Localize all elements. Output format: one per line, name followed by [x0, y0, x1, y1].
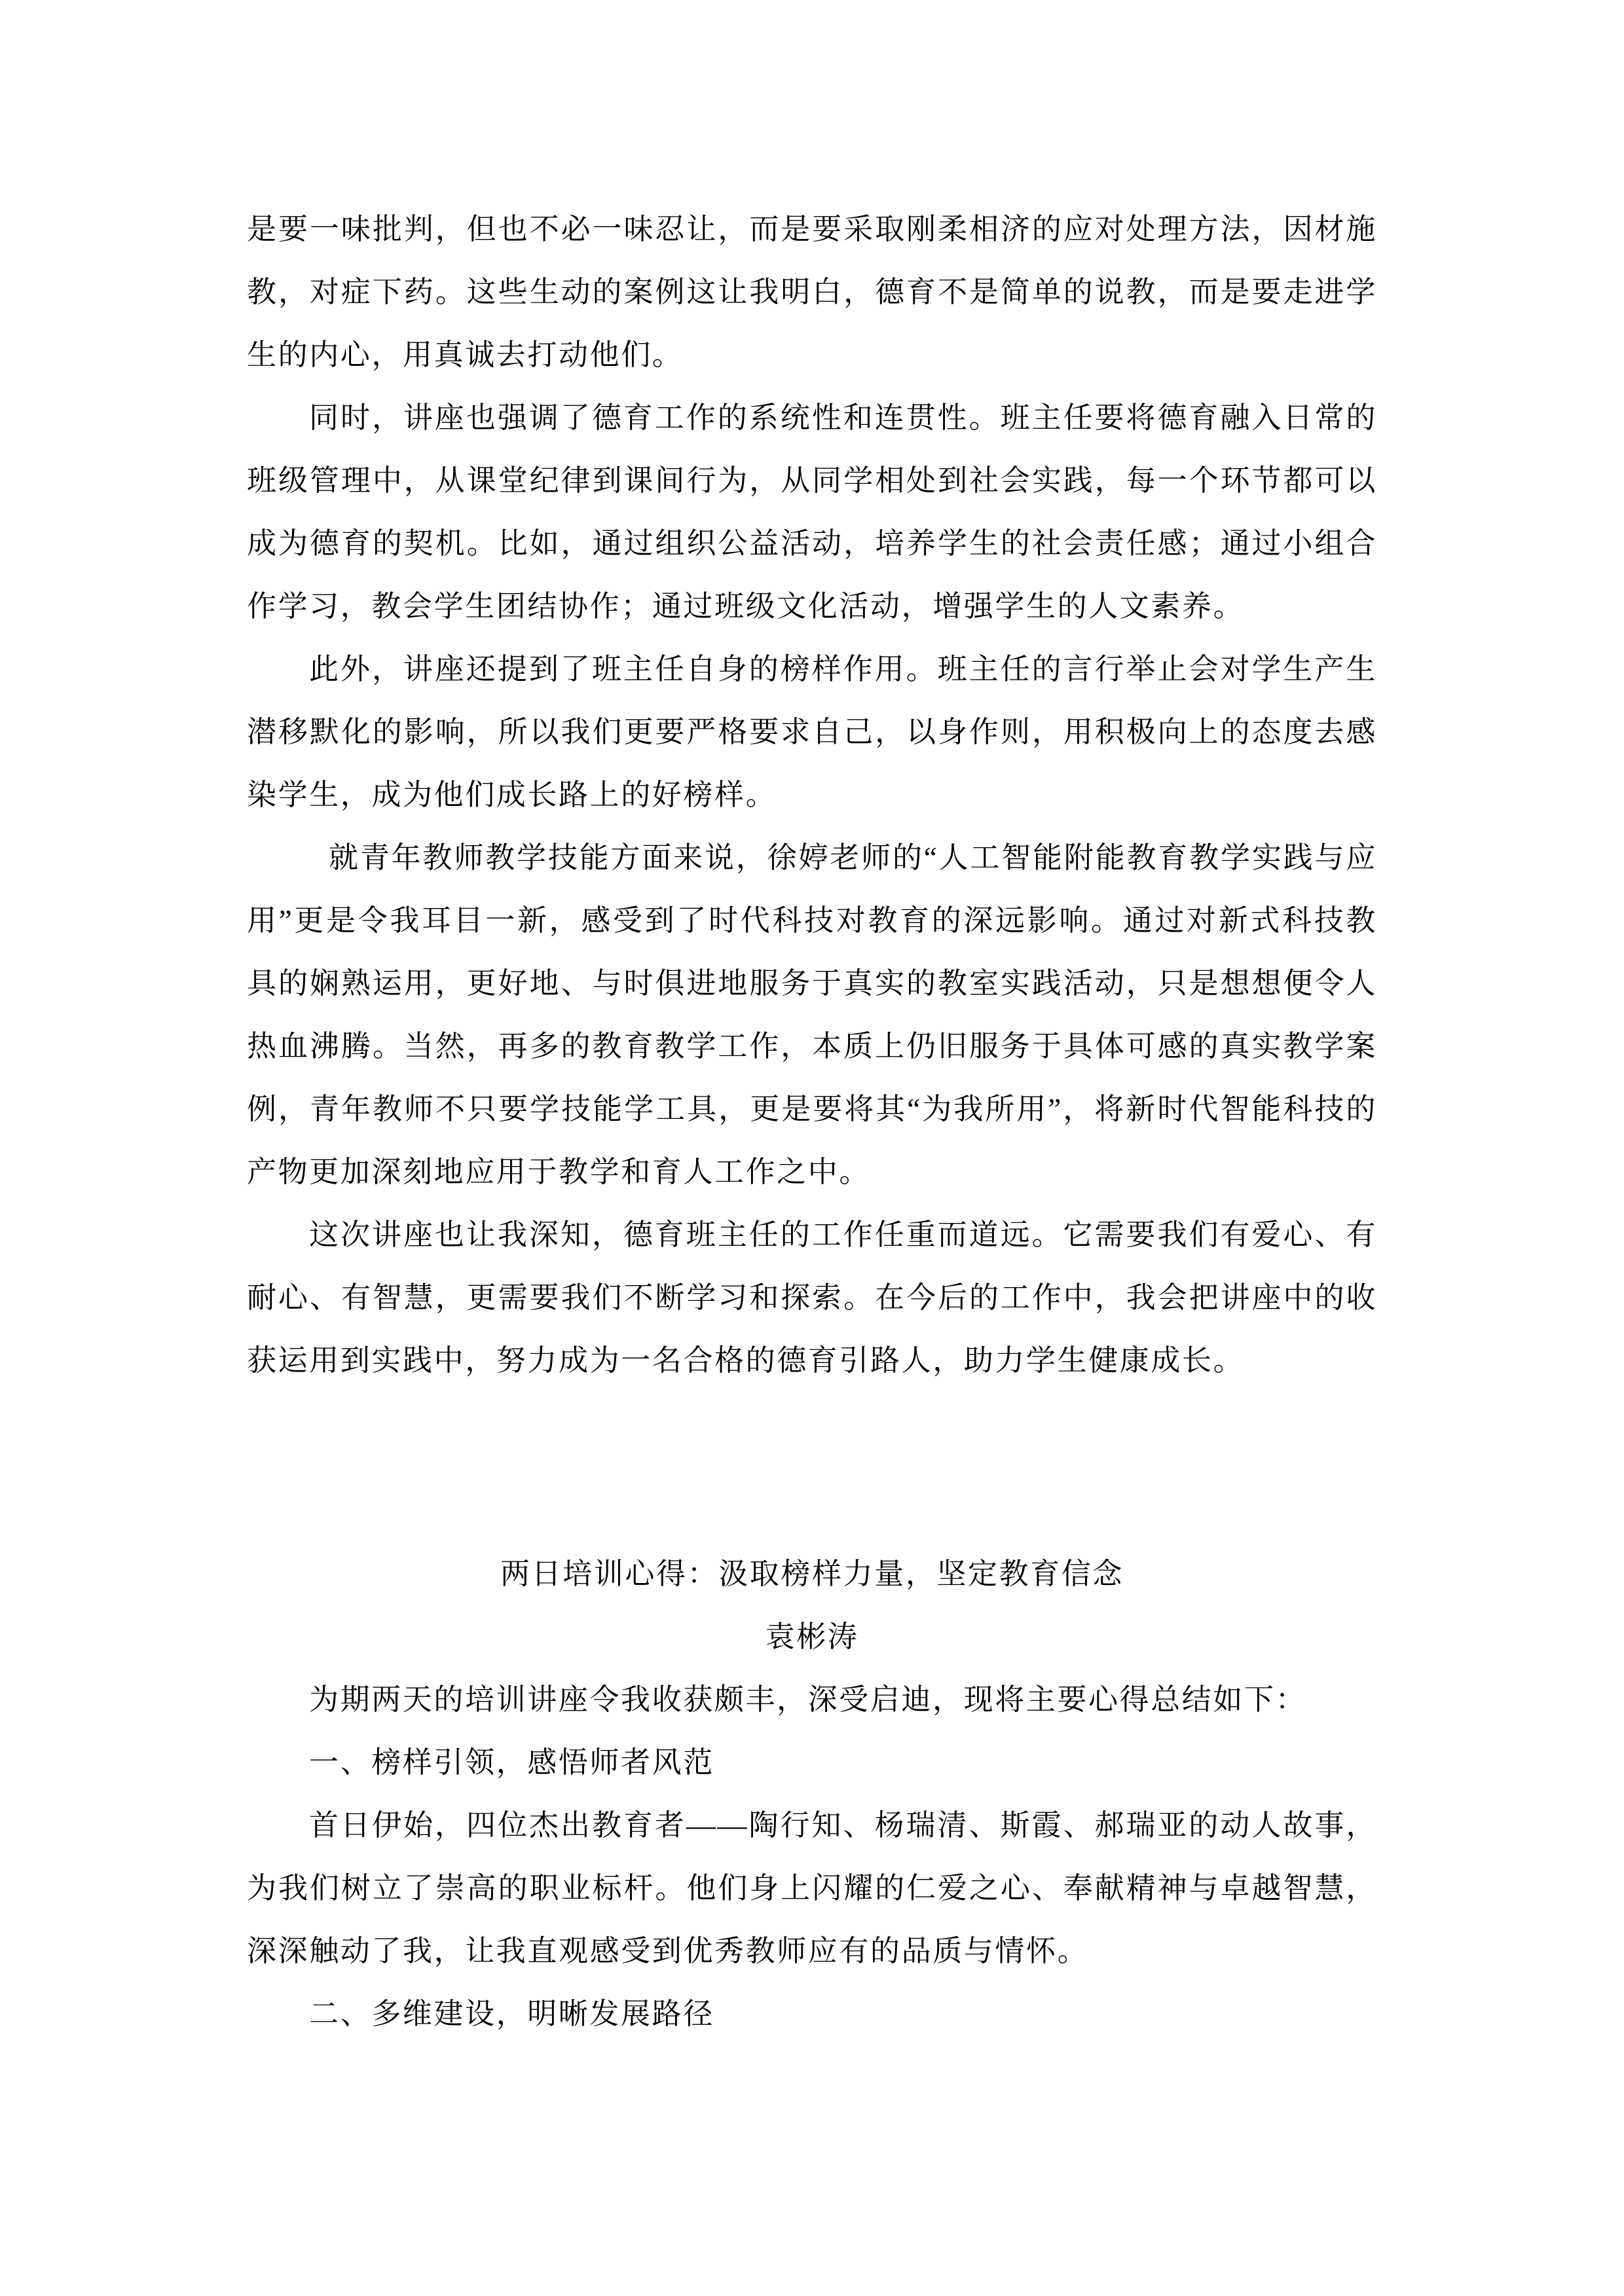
body-paragraph: 首日伊始，四位杰出教育者——陶行知、杨瑞清、斯霞、郝瑞亚的动人故事，为我们树立了… [247, 1794, 1377, 1982]
body-paragraph: 此外，讲座还提到了班主任自身的榜样作用。班主任的言行举止会对学生产生潜移默化的影… [247, 638, 1377, 826]
document-title: 两日培训心得：汲取榜样力量，坚定教育信念 [247, 1542, 1377, 1605]
document-page: 是要一味批判，但也不必一味忍让，而是要采取刚柔相济的应对处理方法，因材施教，对症… [0, 0, 1624, 2296]
body-paragraph: 同时，讲座也强调了德育工作的系统性和连贯性。班主任要将德育融入日常的班级管理中，… [247, 386, 1377, 638]
body-paragraph: 为期两天的培训讲座令我收获颇丰，深受启迪，现将主要心得总结如下： [247, 1668, 1377, 1731]
section-heading: 一、榜样引领，感悟师者风范 [247, 1731, 1377, 1794]
document-content: 是要一味批判，但也不必一味忍让，而是要采取刚柔相济的应对处理方法，因材施教，对症… [247, 198, 1377, 2045]
body-paragraph: 这次讲座也让我深知，德育班主任的工作任重而道远。它需要我们有爱心、有耐心、有智慧… [247, 1203, 1377, 1392]
body-paragraph: 是要一味批判，但也不必一味忍让，而是要采取刚柔相济的应对处理方法，因材施教，对症… [247, 198, 1377, 386]
section-heading: 二、多维建设，明晰发展路径 [247, 1982, 1377, 2045]
section-gap [247, 1392, 1377, 1542]
author-name: 袁彬涛 [247, 1605, 1377, 1668]
body-paragraph: 就青年教师教学技能方面来说，徐婷老师的“人工智能附能教育教学实践与应用”更是令我… [247, 826, 1377, 1203]
